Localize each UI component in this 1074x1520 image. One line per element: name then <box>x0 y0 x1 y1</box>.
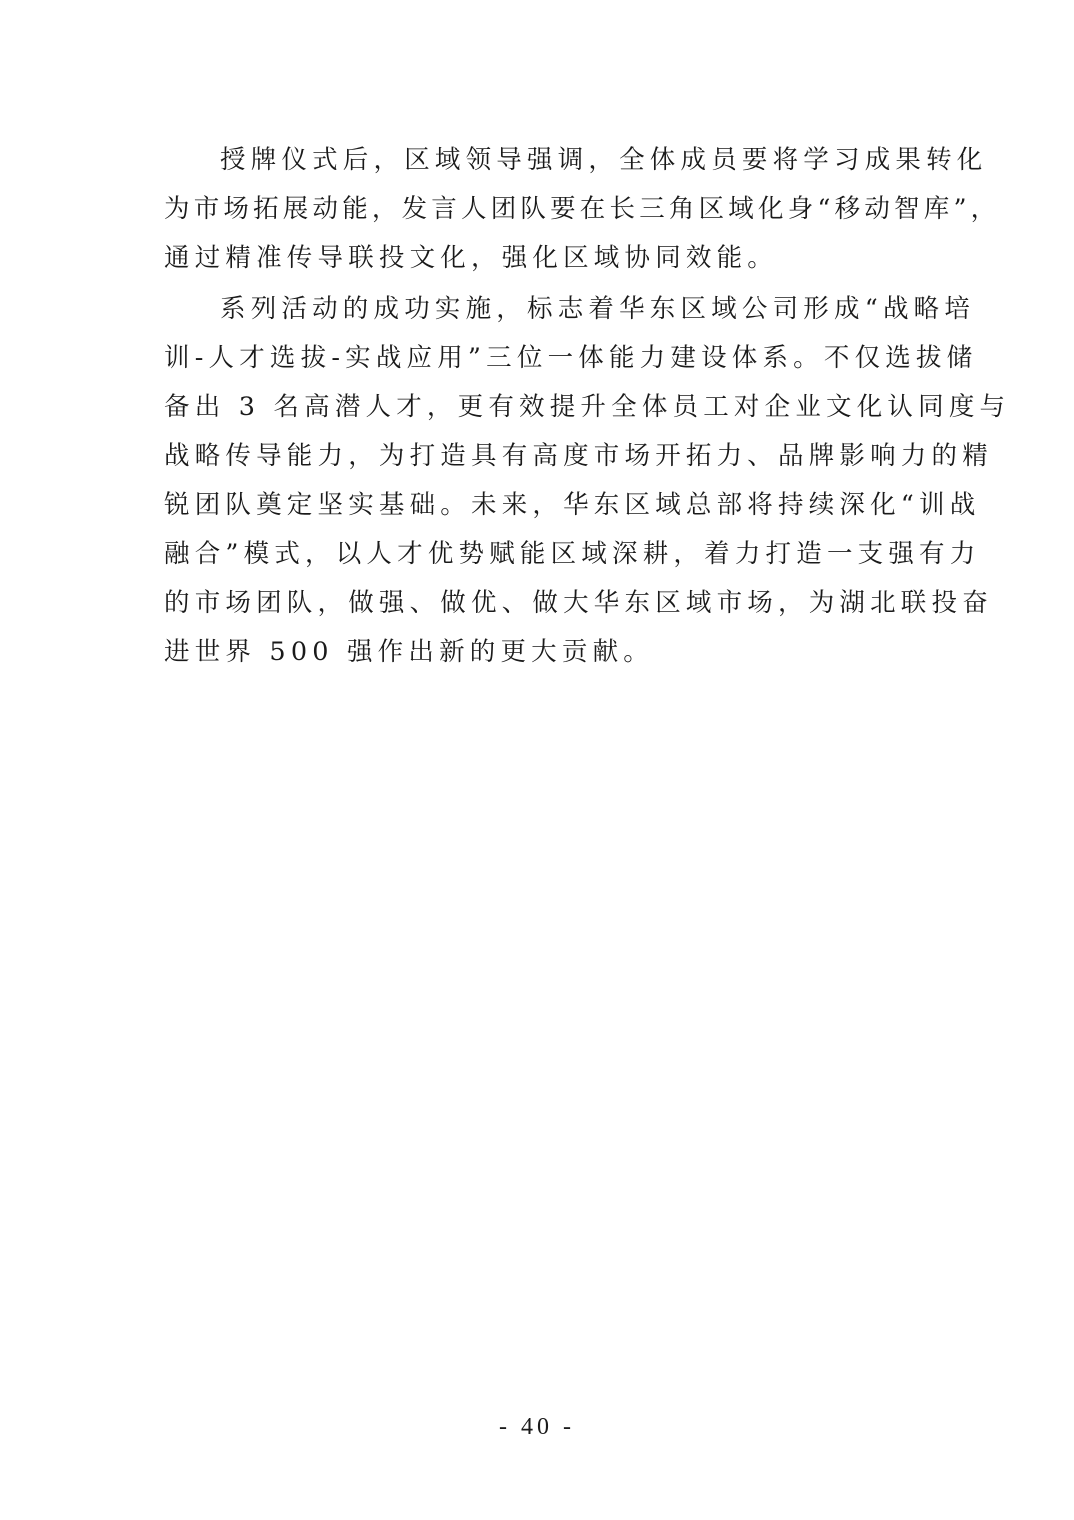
page-number: - 40 - <box>0 1414 1074 1441</box>
text-line: 锐团队奠定坚实基础。未来，华东区域总部将持续深化“训战 <box>164 485 916 534</box>
text-line: 融合”模式，以人才优势赋能区域深耕，着力打造一支强有力 <box>164 534 916 583</box>
paragraph-2: 系列活动的成功实施，标志着华东区域公司形成“战略培 训-人才选拔-实战应用”三位… <box>164 289 916 681</box>
text-line: 通过精准传导联投文化，强化区域协同效能。 <box>164 238 916 287</box>
text-line: 为市场拓展动能，发言人团队要在长三角区域化身“移动智库”， <box>164 189 916 238</box>
text-line: 进世界 500 强作出新的更大贡献。 <box>164 632 916 681</box>
text-line: 战略传导能力，为打造具有高度市场开拓力、品牌影响力的精 <box>164 436 916 485</box>
text-line: 授牌仪式后，区域领导强调，全体成员要将学习成果转化 <box>164 140 916 189</box>
text-line: 备出 3 名高潜人才，更有效提升全体员工对企业文化认同度与 <box>164 387 916 436</box>
text-line: 训-人才选拔-实战应用”三位一体能力建设体系。不仅选拔储 <box>164 338 916 387</box>
text-line: 的市场团队，做强、做优、做大华东区域市场，为湖北联投奋 <box>164 583 916 632</box>
body-text: 授牌仪式后，区域领导强调，全体成员要将学习成果转化 为市场拓展动能，发言人团队要… <box>164 140 916 681</box>
paragraph-1: 授牌仪式后，区域领导强调，全体成员要将学习成果转化 为市场拓展动能，发言人团队要… <box>164 140 916 287</box>
text-line: 系列活动的成功实施，标志着华东区域公司形成“战略培 <box>164 289 916 338</box>
document-page: 授牌仪式后，区域领导强调，全体成员要将学习成果转化 为市场拓展动能，发言人团队要… <box>0 0 1074 1520</box>
